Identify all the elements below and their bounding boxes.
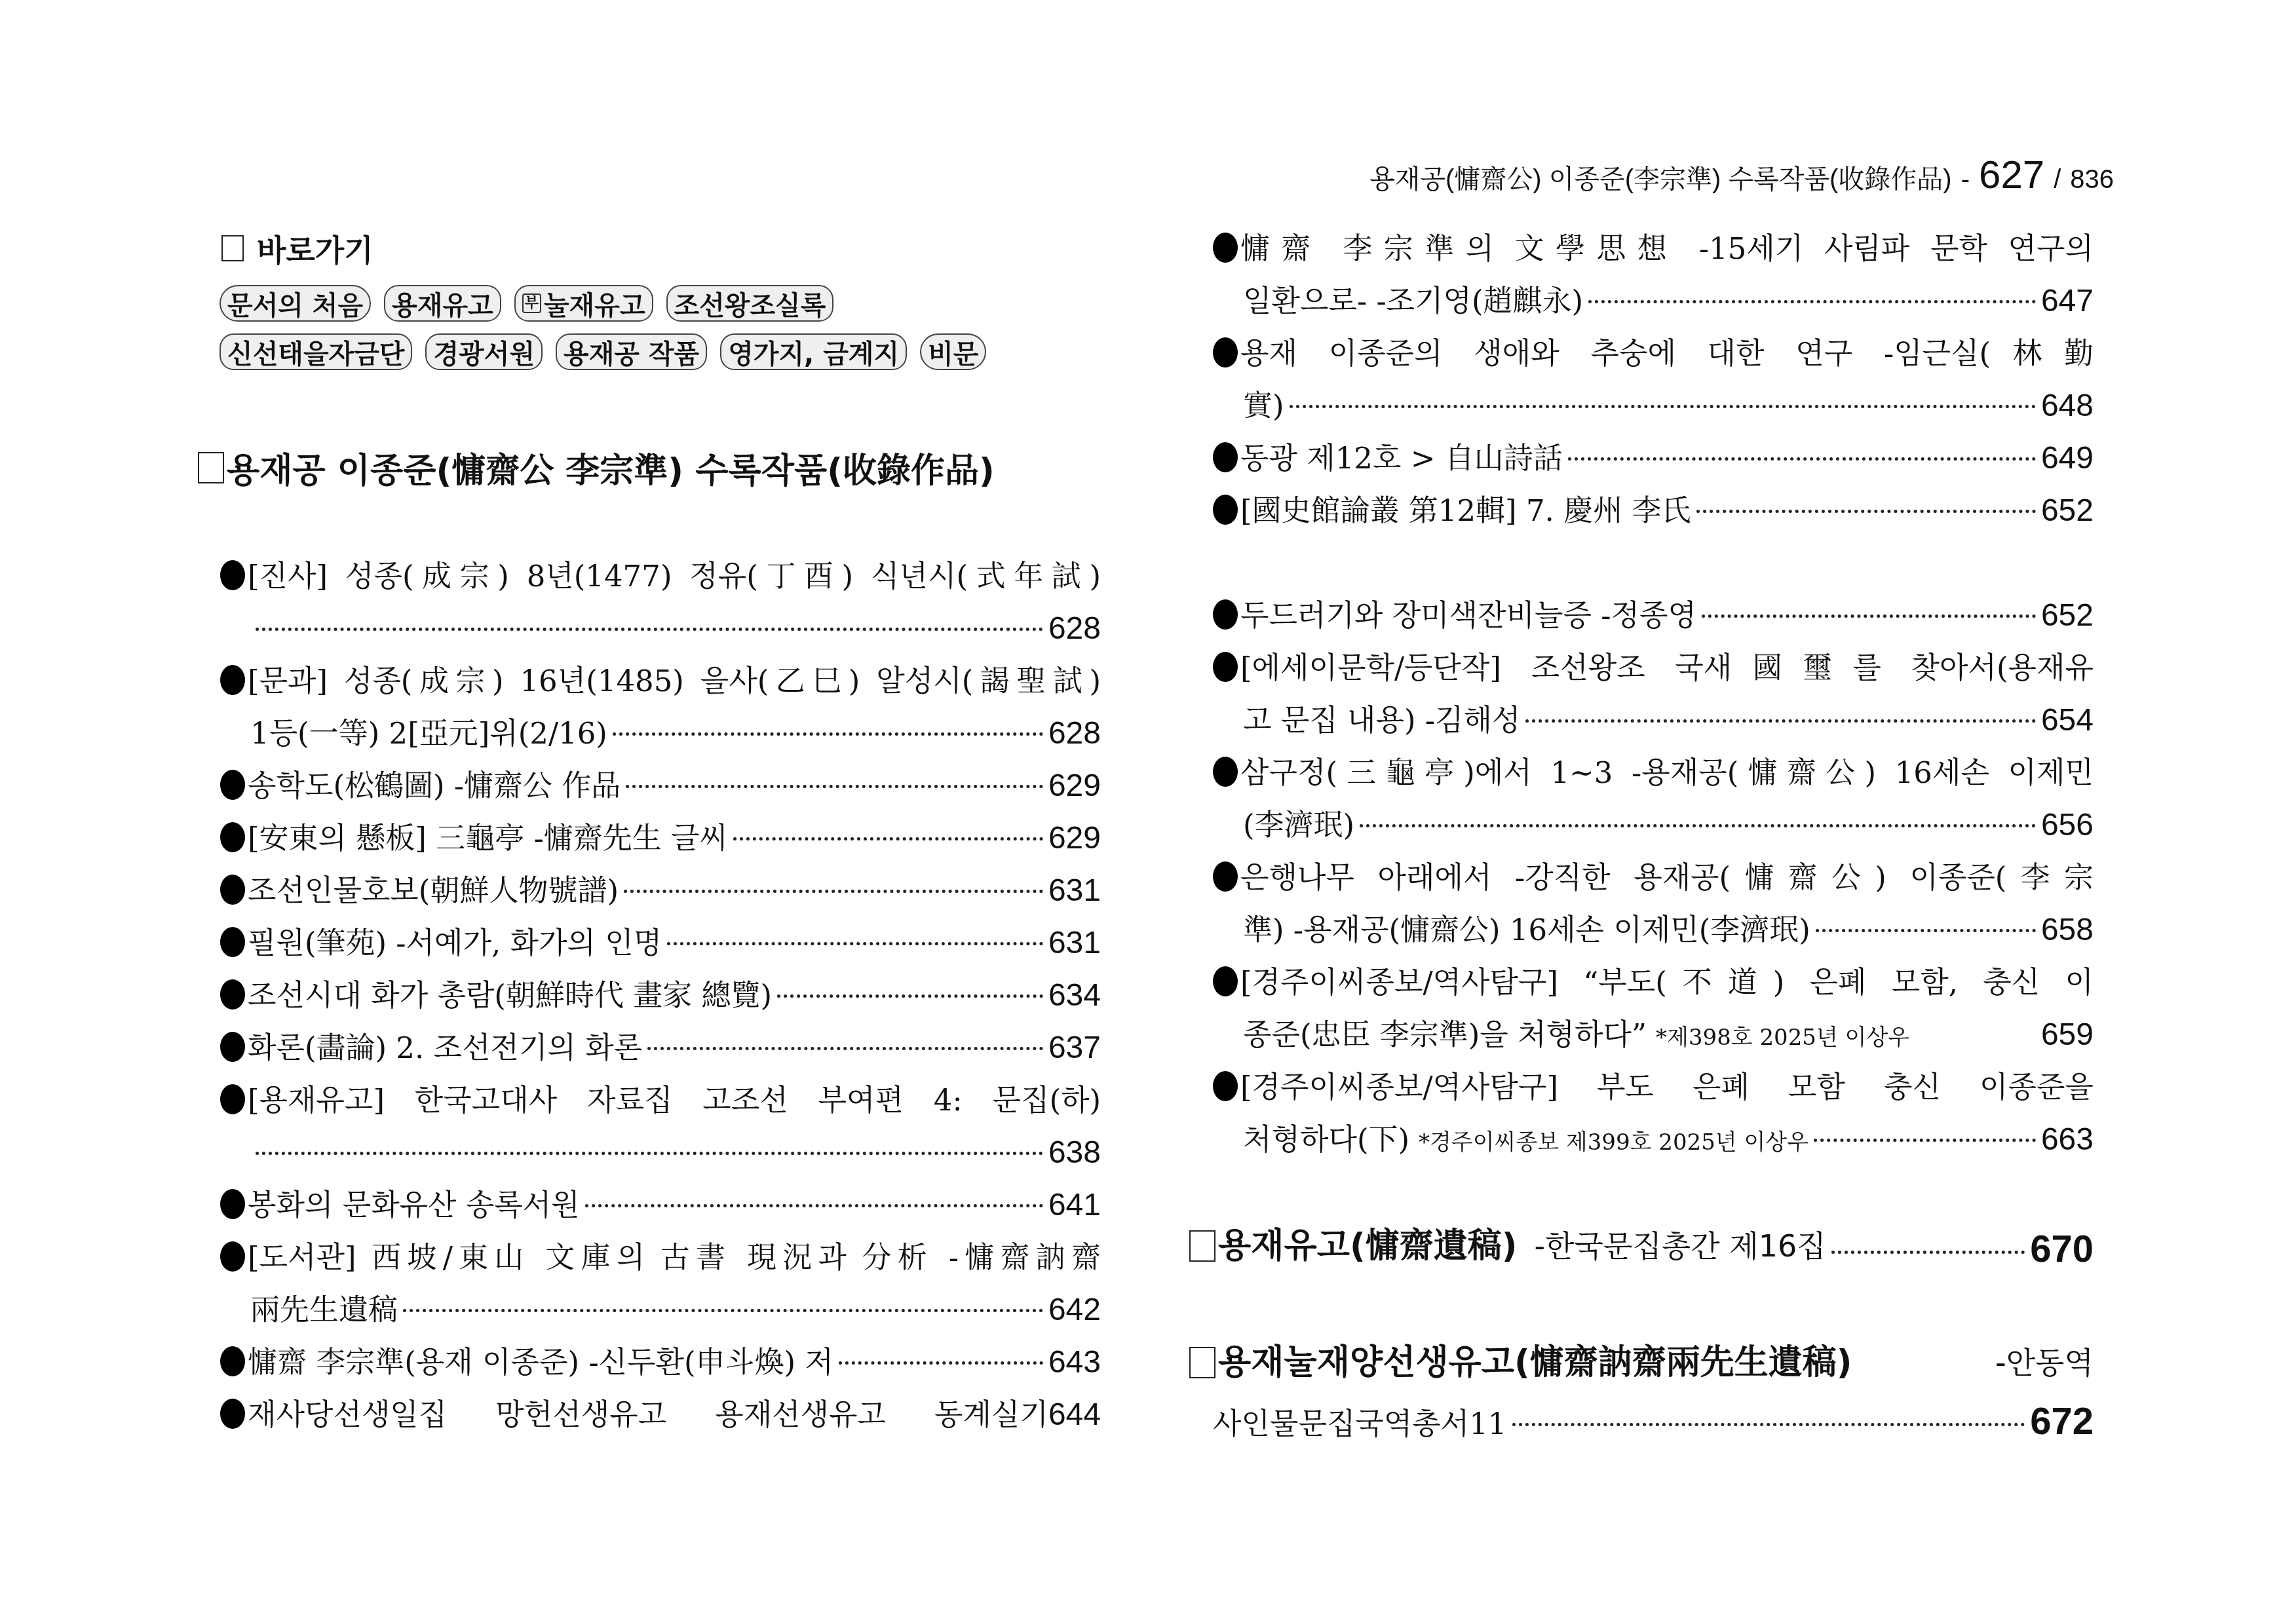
section-subtitle: -안동역 [1995,1336,2094,1389]
bullet-icon [1213,861,1238,892]
bullet-icon [1213,442,1238,472]
entry-text: 고 문집 내용) -김해성 [1243,694,1520,747]
dot-leader [1290,405,2036,408]
page-number: 641 [1048,1179,1101,1232]
bullet-icon [220,1346,245,1376]
entry-text: (李濟珉) [1243,799,1354,852]
entry-text: [경주이씨종보/역사탐구] 부도 은폐 모함 충신 이종준을 [1240,1061,2094,1114]
entry-text: [용재유고] 한국고대사 자료집 고조선 부여편 4: 문집(하) [248,1074,1101,1127]
dot-leader [1816,929,2036,932]
page-number: 631 [1048,917,1101,970]
running-header: 용재공(慵齋公) 이종준(李宗準) 수록작품(收錄作品) - 627 / 836 [1369,152,2114,197]
entry-text: [에세이문학/등단작] 조선왕조 국새國璽를 찾아서(용재유 [1240,642,2094,694]
entry-text: 화론(畵論) 2. 조선전기의 화론 [248,1022,642,1074]
shortcut-label: 신선태을자금단 [227,333,404,371]
toc-entry[interactable]: [경주이씨종보/역사탐구] “부도(不道) 은폐 모함, 충신 이 종준(忠臣 … [1213,956,2094,1061]
entry-text: 필원(筆苑) -서예가, 화가의 인명 [248,917,662,970]
shortcut-label: 눌재유고 [544,285,645,322]
shortcut-joseon-sillok[interactable]: 조선왕조실록 [666,285,834,322]
appendix-mark-icon: 부 [522,293,541,313]
dot-leader [256,628,1043,631]
dot-leader [1568,457,2036,461]
entry-text: 송학도(松鶴圖) -慵齋公 作品 [248,760,621,812]
entry-text: 동광 제12호 > 自山詩話 [1240,432,1563,485]
entry-text: [國史館論叢 第12輯] 7. 慶州 李氏 [1240,485,1691,537]
bullet-icon [1213,495,1238,525]
shortcut-label: 경광서원 [433,333,535,371]
bullet-icon [220,1032,245,1062]
dot-leader [1525,719,2035,723]
shortcuts-title: 바로가기 [257,227,373,270]
checkbox-square-icon [221,235,244,261]
dot-leader [1702,614,2036,618]
toc-entry[interactable]: 두드러기와 장미색잔비늘증 -정종영652 [1213,590,2094,642]
shortcut-row-2: 신선태을자금단 경광서원 용재공 작품 영가지, 금계지 비문 [220,333,986,370]
page-number: 658 [2041,904,2094,956]
toc-entry[interactable]: 慵齋 李宗準(용재 이종준) -신두환(申斗煥) 저643 [220,1336,1101,1389]
dot-leader [733,837,1043,840]
page-number: 628 [1048,603,1101,655]
toc-entry[interactable]: [國史館論叢 第12輯] 7. 慶州 李氏652 [1213,485,2094,537]
page-number: 670 [2030,1223,2094,1275]
entry-note: *제398호 2025년 이상우 [1656,1011,1909,1064]
page-number: 634 [1048,970,1101,1022]
bullet-icon [1213,1071,1238,1101]
dot-leader [585,1204,1043,1207]
dot-leader [1814,1139,2036,1142]
shortcut-label: 용재공 작품 [564,333,699,371]
dot-leader [624,890,1043,893]
toc-entry[interactable]: 재사당선생일집 망헌선생유고 용재선생유고 동계실기644 [220,1389,1101,1441]
page-number: 659 [2041,1009,2094,1061]
toc-entry[interactable]: [에세이문학/등단작] 조선왕조 국새國璽를 찾아서(용재유 고 문집 내용) … [1213,642,2094,747]
dot-leader [613,732,1043,736]
dot-leader [1831,1251,2025,1254]
page-number: 648 [2041,380,2094,432]
current-page-number: 627 [1979,152,2044,197]
entry-text: 처형하다(下) [1243,1114,1409,1166]
toc-entry[interactable]: [용재유고] 한국고대사 자료집 고조선 부여편 4: 문집(하) 638 [220,1074,1101,1179]
page-slash: / [2054,165,2061,195]
bullet-icon [220,1399,245,1429]
section-two-masters-yugo[interactable]: 용재눌재양선생유고(慵齋訥齋兩先生遺稿)-안동역 사인물문집국역총서11 672 [1189,1336,2094,1454]
toc-entry[interactable]: 조선시대 화가 총람(朝鮮時代 畫家 總覽)634 [220,970,1101,1022]
entry-text: 慵齋 李宗準의 文學思想 -15세기 사림파 문학 연구의 [1240,223,2094,275]
dot-leader [667,942,1043,945]
entry-text: 準) -용재공(慵齋公) 16세손 이제민(李濟珉) [1243,904,1810,956]
entry-text: [安東의 懸板] 三龜亭 -慵齋先生 글씨 [248,812,728,865]
header-separator: - [1961,165,1970,195]
toc-entry[interactable]: 용재 이종준의 생애와 추숭에 대한 연구 -임근실(林勤 實)648 [1213,328,2094,432]
shortcut-yongjae-yugo[interactable]: 용재유고 [384,285,501,322]
entry-text: [문과] 성종(成宗) 16년(1485) 을사(乙巳) 알성시(謁聖試) [248,655,1101,708]
page-number: 643 [1048,1336,1101,1389]
total-pages: 836 [2070,165,2114,195]
entry-text: 實) [1243,380,1284,432]
bullet-icon [1213,757,1238,787]
shortcut-bimun[interactable]: 비문 [920,333,986,370]
entry-text: 삼구정(三龜亭)에서 1~3 -용재공(慵齋公) 16세손 이제민 [1240,747,2094,799]
dot-leader [1512,1423,2025,1426]
page-number: 649 [2041,432,2094,485]
toc-entry[interactable]: 삼구정(三龜亭)에서 1~3 -용재공(慵齋公) 16세손 이제민 (李濟珉)6… [1213,747,2094,852]
bullet-icon [220,979,245,1010]
toc-entry[interactable]: [진사] 성종(成宗) 8년(1477) 정유(丁酉) 식년시(式年試) 628 [220,550,1101,655]
toc-entry[interactable]: 화론(畵論) 2. 조선전기의 화론637 [220,1022,1101,1074]
section-title-text: 용재눌재양선생유고(慵齋訥齋兩先生遺稿) [1218,1336,1852,1389]
shortcut-nuljae-yugo[interactable]: 부눌재유고 [514,285,653,322]
bullet-icon [1213,337,1238,368]
shortcuts-heading: 바로가기 [221,227,373,270]
section-title-works: 용재공 이종준(慵齋公 李宗準) 수록작품(收錄作品) [198,443,995,492]
page-number: 638 [1048,1127,1101,1179]
entry-text: 두드러기와 장미색잔비늘증 -정종영 [1240,590,1696,642]
page-number: 629 [1048,812,1101,865]
toc-entry[interactable]: 동광 제12호 > 自山詩話649 [1213,432,2094,485]
entry-text: 용재 이종준의 생애와 추숭에 대한 연구 -임근실(林勤 [1240,328,2094,380]
checkbox-square-icon [1189,1347,1215,1378]
page-number: 654 [2041,694,2094,747]
toc-entry[interactable]: 송학도(松鶴圖) -慵齋公 作品629 [220,760,1101,812]
page-number: 656 [2041,799,2094,852]
entry-text: 은행나무 아래에서 -강직한 용재공(慵齋公) 이종준(李宗 [1240,852,2094,904]
bullet-icon [220,1189,245,1219]
bullet-icon [1213,233,1238,263]
entry-text: 1등(一等) 2[亞元]위(2/16) [250,708,607,760]
entry-text: 慵齋 李宗準(용재 이종준) -신두환(申斗煥) 저 [248,1336,833,1389]
dot-leader [403,1309,1043,1312]
dot-leader [626,785,1043,788]
bullet-icon [220,875,245,905]
dot-leader [647,1047,1043,1050]
dot-leader [1360,824,2036,827]
page-number: 647 [2041,275,2094,328]
dot-leader [1696,510,2036,513]
toc-entry[interactable]: [도서관] 西坡/東山 文庫의 古書 現況과 分析 -慵齋訥齋 兩先生遺稿642 [220,1232,1101,1336]
shortcut-label: 용재유고 [392,285,493,322]
shortcut-gyeonggwang-seowon[interactable]: 경광서원 [425,333,543,370]
shortcut-row-1: 문서의 처음 용재유고 부눌재유고 조선왕조실록 [220,285,833,322]
dot-leader [839,1361,1043,1365]
bullet-icon [220,927,245,957]
bullet-icon [220,822,245,852]
shortcut-label: 영가지, 금계지 [728,333,899,371]
entry-text: 봉화의 문화유산 송록서원 [248,1179,580,1232]
entry-text: [진사] 성종(成宗) 8년(1477) 정유(丁酉) 식년시(式年試) [248,550,1101,603]
section-title-text: 용재유고(慵齋遺稿) [1218,1220,1517,1272]
page-number: 631 [1048,865,1101,917]
entry-text: 재사당선생일집 망헌선생유고 용재선생유고 동계실기 [248,1389,1048,1441]
shortcut-doc-start[interactable]: 문서의 처음 [220,285,371,322]
toc-entry[interactable]: 은행나무 아래에서 -강직한 용재공(慵齋公) 이종준(李宗 準) -용재공(慵… [1213,852,2094,956]
bullet-icon [1213,652,1238,682]
toc-entry[interactable]: [경주이씨종보/역사탐구] 부도 은폐 모함 충신 이종준을 처형하다(下)*경… [1213,1061,2094,1166]
entry-text: 종준(忠臣 李宗準)을 처형하다” [1243,1009,1647,1061]
section-subtitle-cont: 사인물문집국역총서11 [1213,1398,1507,1450]
shortcut-sinseon[interactable]: 신선태을자금단 [220,333,412,370]
checkbox-square-icon [1189,1230,1215,1262]
page-number: 629 [1048,760,1101,812]
entry-text: 일환으로- -조기영(趙麒永) [1243,275,1583,328]
section-subtitle: -한국문집총간 제16집 [1534,1220,1826,1272]
toc-entry[interactable]: [문과] 성종(成宗) 16년(1485) 을사(乙巳) 알성시(謁聖試) 1등… [220,655,1101,760]
toc-entry[interactable]: 조선인물호보(朝鮮人物號譜)631 [220,865,1101,917]
toc-entry[interactable]: 필원(筆苑) -서예가, 화가의 인명631 [220,917,1101,970]
shortcut-label: 문서의 처음 [227,285,363,322]
bullet-icon [220,770,245,800]
shortcut-label: 비문 [928,333,978,371]
entry-text: [경주이씨종보/역사탐구] “부도(不道) 은폐 모함, 충신 이 [1240,956,2094,1009]
entry-text: [도서관] 西坡/東山 文庫의 古書 現況과 分析 -慵齋訥齋 [248,1232,1101,1284]
page-number: 652 [2041,485,2094,537]
page-number: 652 [2041,590,2094,642]
page-number: 644 [1048,1389,1101,1441]
entry-text: 兩先生遺稿 [250,1284,398,1336]
shortcut-label: 조선왕조실록 [674,285,826,322]
bullet-icon [220,560,245,590]
dot-leader [1588,300,2036,303]
page-number: 637 [1048,1022,1101,1074]
shortcut-yongjae-works[interactable]: 용재공 작품 [556,333,707,370]
shortcut-yeongaji[interactable]: 영가지, 금계지 [720,333,907,370]
bullet-icon [1213,966,1238,996]
toc-entry[interactable]: 慵齋 李宗準의 文學思想 -15세기 사림파 문학 연구의 일환으로- -조기영… [1213,223,2094,328]
dot-leader [777,994,1043,998]
page-number: 663 [2041,1114,2094,1166]
entry-note: *경주이씨종보 제399호 2025년 이상우 [1419,1116,1808,1169]
checkbox-square-icon [198,452,224,483]
section-yongjae-yugo[interactable]: 용재유고(慵齋遺稿)-한국문집총간 제16집 670 [1189,1220,2094,1279]
bullet-icon [220,1084,245,1114]
page-number: 628 [1048,708,1101,760]
section-title-text: 용재공 이종준(慵齋公 李宗準) 수록작품(收錄作品) [227,443,995,492]
dot-leader [256,1152,1043,1155]
entry-text: 조선인물호보(朝鮮人物號譜) [248,865,619,917]
page-number: 642 [1048,1284,1101,1336]
entry-text: 조선시대 화가 총람(朝鮮時代 畫家 總覽) [248,970,772,1022]
toc-entry[interactable]: 봉화의 문화유산 송록서원641 [220,1179,1101,1232]
bullet-icon [220,665,245,695]
bullet-icon [220,1241,245,1272]
page-number: 672 [2030,1395,2094,1448]
bullet-icon [1213,599,1238,630]
header-title: 용재공(慵齋公) 이종준(李宗準) 수록작품(收錄作品) [1369,159,1952,196]
toc-entry[interactable]: [安東의 懸板] 三龜亭 -慵齋先生 글씨629 [220,812,1101,865]
